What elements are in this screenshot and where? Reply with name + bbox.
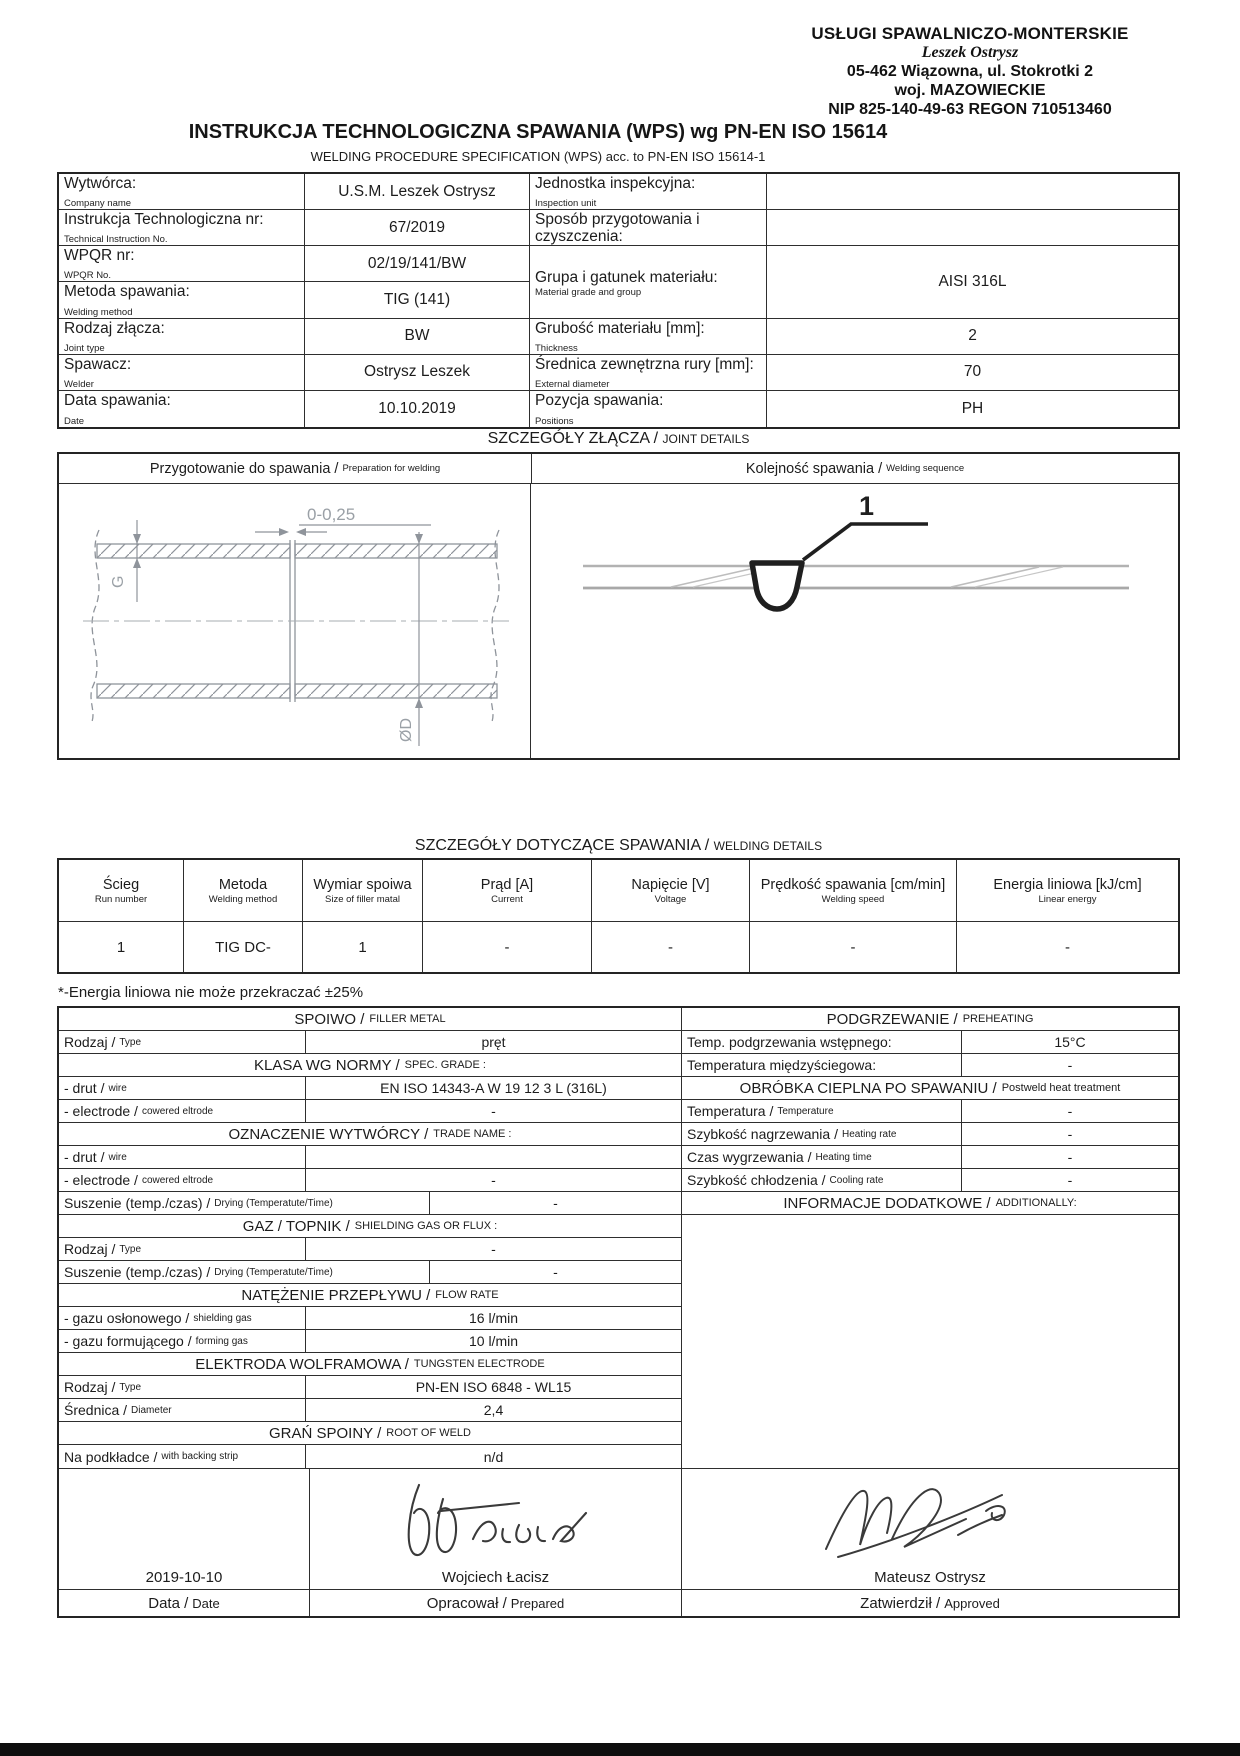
stamp-region: woj. MAZOWIECKIE — [720, 81, 1220, 100]
col-header-run: Ścieg Run number — [59, 860, 184, 922]
temp-wstepna-row: Temp. podgrzewania wstępnego: 15°C — [682, 1031, 1178, 1054]
signature-label-row: Data / Date Opracował / Prepared Zatwier… — [59, 1589, 1178, 1616]
label-jednostka-inspekcyjna: Jednostka inspekcyjna: Inspection unit — [530, 174, 767, 210]
suszenie-spoiwo-value: - — [430, 1192, 681, 1214]
elektroda-rodzaj-value: PN-EN ISO 6848 - WL15 — [306, 1376, 681, 1398]
stamp-owner-name: Leszek Ostrysz — [720, 43, 1220, 62]
value-metoda-spawania: TIG (141) — [305, 282, 530, 318]
value-grubosc: 2 — [767, 319, 1178, 355]
value-instrukcja-nr: 67/2019 — [305, 210, 530, 246]
czas-wygrzewania-value: - — [962, 1146, 1178, 1168]
sequence-drawing-cell: 1 — [531, 484, 1179, 758]
klasa-drut-row: - drut /wire EN ISO 14343-A W 19 12 3 L … — [59, 1077, 681, 1100]
gaz-formujacy-row: - gazu formującego /forming gas 10 l/min — [59, 1330, 681, 1353]
welding-sequence-header: Kolejność spawania / Welding sequence — [532, 454, 1178, 483]
natezenie-header: NATĘŻENIE PRZEPŁYWU /FLOW RATE — [59, 1284, 681, 1307]
temp-wstepna-value: 15°C — [962, 1031, 1178, 1053]
approved-name: Mateusz Ostrysz — [682, 1569, 1178, 1586]
spoiwo-header: SPOIWO /FILLER METAL — [59, 1008, 681, 1031]
date-label: Data / Date — [59, 1590, 310, 1616]
klasa-electrode-value: - — [306, 1100, 681, 1122]
signature-row: 2019-10-10 Wojciech Łacisz — [59, 1468, 1178, 1589]
czas-wygrzewania-row: Czas wygrzewania /Heating time - — [682, 1146, 1178, 1169]
label-data-spawania: Data spawania: Date — [59, 391, 305, 427]
document-title: INSTRUKCJA TECHNOLOGICZNA SPAWANIA (WPS)… — [0, 121, 1076, 144]
approved-signature-cell: Mateusz Ostrysz — [682, 1469, 1178, 1589]
joint-details-header-row: Przygotowanie do spawania / Preparation … — [59, 454, 1178, 484]
na-podkladce-value: n/d — [306, 1445, 681, 1468]
col-header-voltage: Napięcie [V] Voltage — [592, 860, 750, 922]
szybkosc-chlodzenia-row: Szybkość chłodzenia /Cooling rate - — [682, 1169, 1178, 1192]
temp-miedzysciegowa-value: - — [962, 1054, 1178, 1076]
signature-date-value: 2019-10-10 — [146, 1569, 223, 1586]
run-value: 1 — [59, 922, 184, 972]
label-instrukcja-nr: Instrukcja Technologiczna nr: Technical … — [59, 210, 305, 246]
approved-signature — [790, 1473, 1070, 1565]
general-info-table: Wytwórca: Company name U.S.M. Leszek Ost… — [57, 172, 1180, 429]
gaz-oslonowy-row: - gazu osłonowego /shielding gas 16 l/mi… — [59, 1307, 681, 1330]
filler-size-value: 1 — [303, 922, 423, 972]
gaz-oslonowy-value: 16 l/min — [306, 1307, 681, 1329]
col-header-filler-size: Wymiar spoiwa Size of filler matal — [303, 860, 423, 922]
elektroda-srednica-row: Średnica /Diameter 2,4 — [59, 1399, 681, 1422]
pwht-temperatura-row: Temperatura /Temperature - — [682, 1100, 1178, 1123]
szybkosc-nagrzewania-row: Szybkość nagrzewania /Heating rate - — [682, 1123, 1178, 1146]
elektroda-header: ELEKTRODA WOLFRAMOWA /TUNGSTEN ELECTRODE — [59, 1353, 681, 1376]
label-wpqr-nr: WPQR nr: WPQR No. — [59, 246, 305, 282]
klasa-electrode-row: - electrode /cowered eltrode - — [59, 1100, 681, 1123]
run-number-label: 1 — [859, 491, 874, 521]
na-podkladce-row: Na podkładce /with backing strip n/d — [59, 1445, 681, 1468]
obrobka-cieplna-header: OBRÓBKA CIEPLNA PO SPAWANIU /Postweld he… — [682, 1077, 1178, 1100]
oznaczenie-header: OZNACZENIE WYTWÓRCY /TRADE NAME : — [59, 1123, 681, 1146]
spoiwo-rodzaj-row: Rodzaj /Type pręt — [59, 1031, 681, 1054]
linear-energy-note: *-Energia liniowa nie może przekraczać ±… — [58, 984, 363, 1001]
document-subtitle: WELDING PROCEDURE SPECIFICATION (WPS) ac… — [0, 149, 1076, 164]
label-spawacz: Spawacz: Welder — [59, 355, 305, 391]
temp-miedzysciegowa-row: Temperatura międzyściegowa: - — [682, 1054, 1178, 1077]
current-value: - — [423, 922, 592, 972]
welding-sequence-drawing: 1 — [531, 484, 1179, 758]
value-pozycja-spawania: PH — [767, 391, 1178, 427]
value-wytworca: U.S.M. Leszek Ostrysz — [305, 174, 530, 210]
klasa-header: KLASA WG NORMY /SPEC. GRADE : — [59, 1054, 681, 1077]
joint-preparation-drawing: G 0-0,25 ØD — [59, 484, 530, 758]
label-sposob-przygotowania: Sposób przygotowania i czyszczenia: Proc… — [530, 210, 767, 246]
prepared-signature-cell: Wojciech Łacisz — [310, 1469, 682, 1589]
oznaczenie-electrode-row: - electrode /cowered eltrode - — [59, 1169, 681, 1192]
joint-details-drawings: G 0-0,25 ØD — [59, 484, 1178, 758]
company-stamp: USŁUGI SPAWALNICZO-MONTERSKIE Leszek Ost… — [720, 24, 1220, 119]
speed-value: - — [750, 922, 957, 972]
stamp-address: 05-462 Wiązowna, ul. Stokrotki 2 — [720, 62, 1220, 81]
value-sposob-przygotowania — [767, 210, 1178, 246]
label-grubosc: Grubość materiału [mm]: Thickness — [530, 319, 767, 355]
joint-details-box: Przygotowanie do spawania / Preparation … — [57, 452, 1180, 760]
podgrzewanie-header: PODGRZEWANIE /PREHEATING — [682, 1008, 1178, 1031]
welding-details-section-title: SZCZEGÓŁY DOTYCZĄCE SPAWANIA / WELDING D… — [57, 837, 1180, 855]
label-grupa-materialu: Grupa i gatunek materiału: Material grad… — [530, 246, 767, 318]
preparation-header: Przygotowanie do spawania / Preparation … — [59, 454, 532, 483]
voltage-value: - — [592, 922, 750, 972]
gaz-formujacy-value: 10 l/min — [306, 1330, 681, 1352]
approved-label: Zatwierdził / Approved — [682, 1590, 1178, 1616]
signature-date-cell: 2019-10-10 — [59, 1469, 310, 1589]
filler-and-preheating-table: SPOIWO /FILLER METAL Rodzaj /Type pręt K… — [57, 1006, 1180, 1618]
weld-bead-shape — [752, 563, 802, 609]
oznaczenie-drut-row: - drut /wire — [59, 1146, 681, 1169]
label-metoda-spawania: Metoda spawania: Welding method — [59, 282, 305, 318]
joint-details-section-title: SZCZEGÓŁY ZŁĄCZA / JOINT DETAILS — [57, 430, 1180, 448]
gaz-topnik-header: GAZ / TOPNIK /SHIELDING GAS OR FLUX : — [59, 1215, 681, 1238]
value-wpqr-nr: 02/19/141/BW — [305, 246, 530, 282]
gaz-rodzaj-value: - — [306, 1238, 681, 1260]
oznaczenie-drut-value — [306, 1146, 681, 1168]
stamp-nip-regon: NIP 825-140-49-63 REGON 710513460 — [720, 100, 1220, 119]
value-srednica-zewnetrzna: 70 — [767, 355, 1178, 391]
prepared-label: Opracował / Prepared — [310, 1590, 682, 1616]
col-header-speed: Prędkość spawania [cm/min] Welding speed — [750, 860, 957, 922]
gap-dim-label: 0-0,25 — [307, 505, 355, 524]
label-srednica-zewnetrzna: Średnica zewnętrzna rury [mm]: External … — [530, 355, 767, 391]
suszenie-gaz-value: - — [430, 1261, 681, 1283]
value-grupa-materialu: AISI 316L — [767, 246, 1178, 318]
pwht-temperatura-value: - — [962, 1100, 1178, 1122]
wps-document-page: USŁUGI SPAWALNICZO-MONTERSKIE Leszek Ost… — [0, 0, 1240, 1756]
szybkosc-nagrzewania-value: - — [962, 1123, 1178, 1145]
label-rodzaj-zlacza: Rodzaj złącza: Joint type — [59, 319, 305, 355]
col-header-energy: Energia liniowa [kJ/cm] Linear energy — [957, 860, 1178, 922]
label-wytworca: Wytwórca: Company name — [59, 174, 305, 210]
klasa-drut-value: EN ISO 14343-A W 19 12 3 L (316L) — [306, 1077, 681, 1099]
spoiwo-rodzaj-value: pręt — [306, 1031, 681, 1053]
label-pozycja-spawania: Pozycja spawania: Positions — [530, 391, 767, 427]
elektroda-rodzaj-row: Rodzaj /Type PN-EN ISO 6848 - WL15 — [59, 1376, 681, 1399]
value-data-spawania: 10.10.2019 — [305, 391, 530, 427]
value-jednostka-inspekcyjna — [767, 174, 1178, 210]
scan-artifact-bar — [0, 1743, 1240, 1756]
gran-spoiny-header: GRAŃ SPOINY /ROOT OF WELD — [59, 1422, 681, 1445]
value-rodzaj-zlacza: BW — [305, 319, 530, 355]
filler-metal-column: SPOIWO /FILLER METAL Rodzaj /Type pręt K… — [59, 1008, 682, 1468]
elektroda-srednica-value: 2,4 — [306, 1399, 681, 1421]
value-spawacz: Ostrysz Leszek — [305, 355, 530, 391]
prepared-name: Wojciech Łacisz — [310, 1569, 681, 1586]
szybkosc-chlodzenia-value: - — [962, 1169, 1178, 1191]
method-value: TIG DC- — [184, 922, 303, 972]
informacje-dodatkowe-header: INFORMACJE DODATKOWE /ADDITIONALLY: — [682, 1192, 1178, 1215]
energy-value: - — [957, 922, 1178, 972]
suszenie-gaz-row: Suszenie (temp./czas) /Drying (Temperatu… — [59, 1261, 681, 1284]
diameter-dim-label: ØD — [398, 718, 415, 742]
gaz-rodzaj-row: Rodzaj /Type - — [59, 1238, 681, 1261]
col-header-current: Prąd [A] Current — [423, 860, 592, 922]
welding-details-table: Ścieg Run number Metoda Welding method W… — [57, 858, 1180, 974]
col-header-method: Metoda Welding method — [184, 860, 303, 922]
suszenie-spoiwo-row: Suszenie (temp./czas) /Drying (Temperatu… — [59, 1192, 681, 1215]
preheating-column: PODGRZEWANIE /PREHEATING Temp. podgrzewa… — [682, 1008, 1178, 1468]
thickness-dim-label: G — [110, 576, 127, 588]
stamp-company-name: USŁUGI SPAWALNICZO-MONTERSKIE — [720, 24, 1220, 43]
prepared-signature — [381, 1473, 611, 1565]
preparation-drawing-cell: G 0-0,25 ØD — [59, 484, 531, 758]
oznaczenie-electrode-value: - — [306, 1169, 681, 1191]
